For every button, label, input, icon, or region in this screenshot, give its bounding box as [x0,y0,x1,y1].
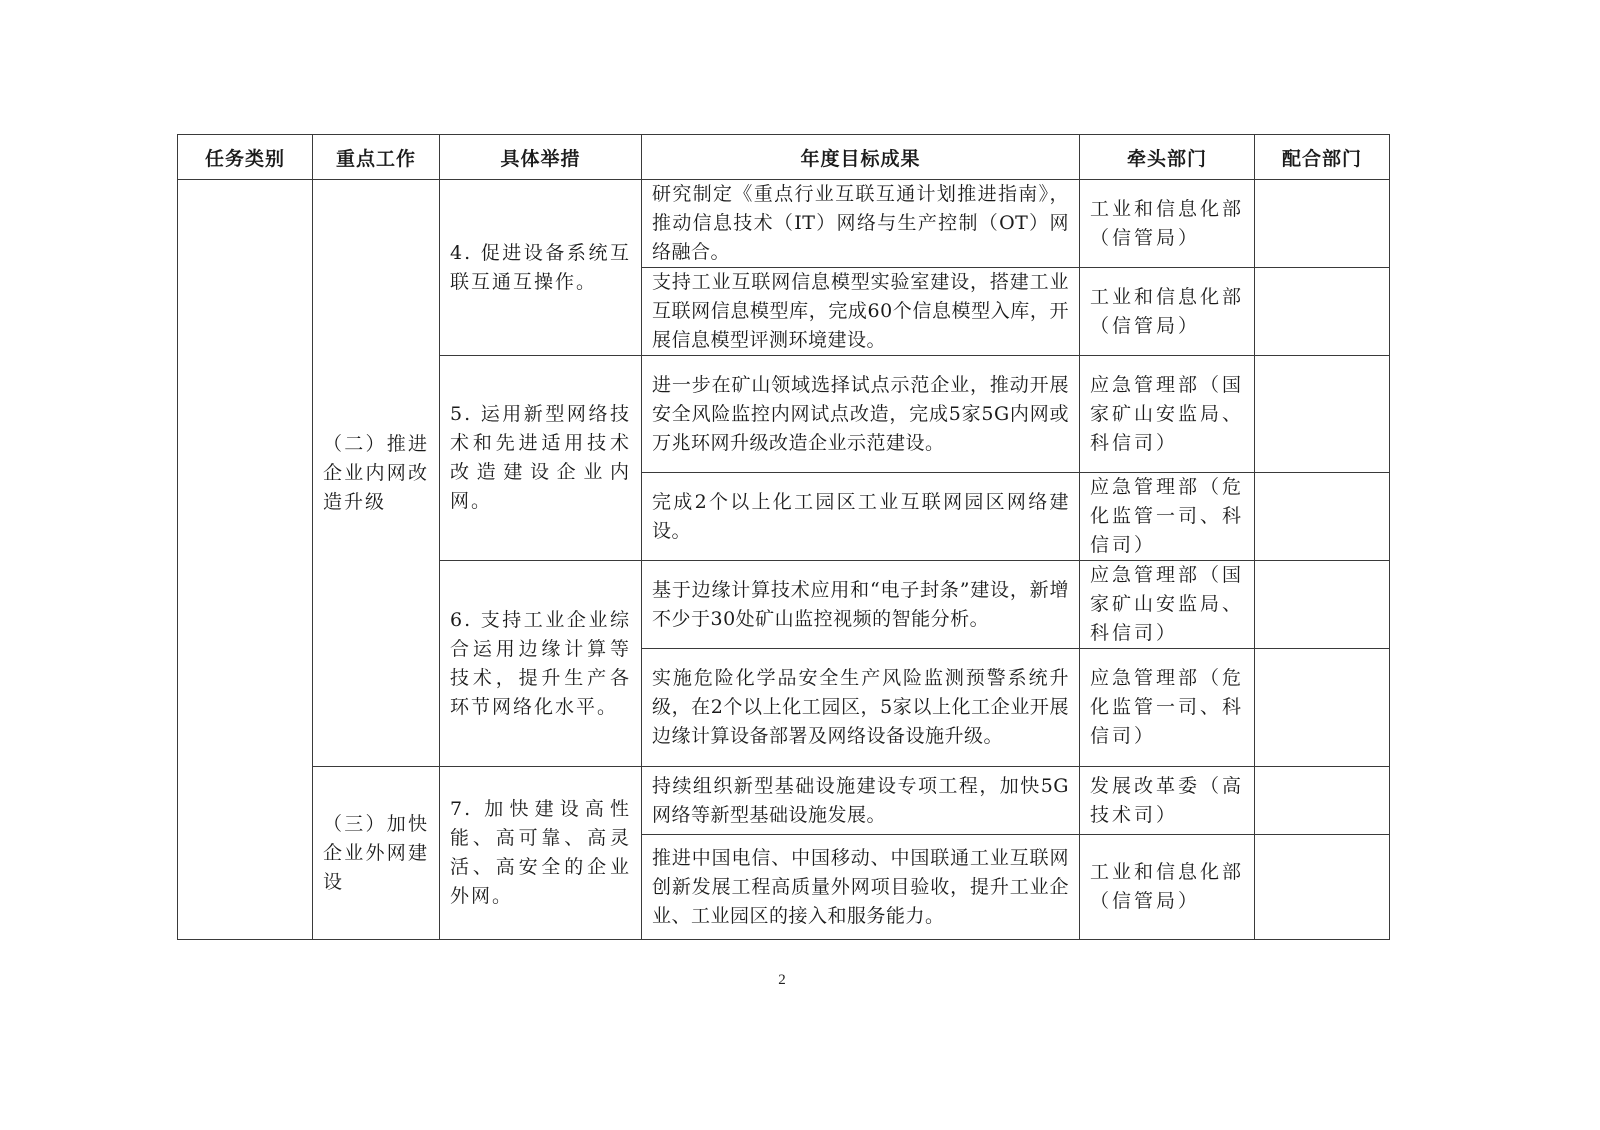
target-cell: 持续组织新型基础设施建设专项工程，加快5G网络等新型基础设施发展。 [642,767,1080,835]
cooperating-department-cell [1255,835,1390,940]
target-cell: 支持工业互联网信息模型实验室建设，搭建工业互联网信息模型库，完成60个信息模型入… [642,268,1080,356]
header-lead-department: 牵头部门 [1080,135,1255,180]
key-work-cell: （二）推进企业内网改造升级 [313,180,440,767]
key-work-cell: （三）加快企业外网建设 [313,767,440,940]
measure-cell: 7. 加快建设高性能、高可靠、高灵活、高安全的企业外网。 [440,767,642,940]
cooperating-department-cell [1255,473,1390,561]
target-cell: 实施危险化学品安全生产风险监测预警系统升级，在2个以上化工园区，5家以上化工企业… [642,649,1080,767]
cooperating-department-cell [1255,561,1390,649]
cooperating-department-cell [1255,180,1390,268]
lead-department-cell: 应急管理部（危化监管一司、科信司） [1080,473,1255,561]
lead-department-cell: 工业和信息化部（信管局） [1080,835,1255,940]
target-cell: 完成2个以上化工园区工业互联网园区网络建设。 [642,473,1080,561]
work-plan-table: 任务类别 重点工作 具体举措 年度目标成果 牵头部门 配合部门 （二）推进企业内… [177,134,1390,940]
task-category-cell [178,180,313,940]
header-task-category: 任务类别 [178,135,313,180]
lead-department-cell: 工业和信息化部（信管局） [1080,268,1255,356]
target-cell: 推进中国电信、中国移动、中国联通工业互联网创新发展工程高质量外网项目验收，提升工… [642,835,1080,940]
measure-cell: 5. 运用新型网络技术和先进适用技术改造建设企业内网。 [440,356,642,561]
lead-department-cell: 发展改革委（高技术司） [1080,767,1255,835]
table-header-row: 任务类别 重点工作 具体举措 年度目标成果 牵头部门 配合部门 [178,135,1390,180]
table-row: （三）加快企业外网建设 7. 加快建设高性能、高可靠、高灵活、高安全的企业外网。… [178,767,1390,835]
target-cell: 研究制定《重点行业互联互通计划推进指南》，推动信息技术（IT）网络与生产控制（O… [642,180,1080,268]
cooperating-department-cell [1255,767,1390,835]
lead-department-cell: 应急管理部（危化监管一司、科信司） [1080,649,1255,767]
page-number: 2 [0,972,1564,989]
header-cooperating-department: 配合部门 [1255,135,1390,180]
header-key-work: 重点工作 [313,135,440,180]
header-specific-measures: 具体举措 [440,135,642,180]
target-cell: 进一步在矿山领域选择试点示范企业，推动开展安全风险监控内网试点改造，完成5家5G… [642,356,1080,473]
measure-cell: 4. 促进设备系统互联互通互操作。 [440,180,642,356]
cooperating-department-cell [1255,268,1390,356]
header-annual-targets: 年度目标成果 [642,135,1080,180]
cooperating-department-cell [1255,649,1390,767]
table-row: （二）推进企业内网改造升级 4. 促进设备系统互联互通互操作。 研究制定《重点行… [178,180,1390,268]
measure-cell: 6. 支持工业企业综合运用边缘计算等技术，提升生产各环节网络化水平。 [440,561,642,767]
lead-department-cell: 应急管理部（国家矿山安监局、科信司） [1080,561,1255,649]
target-cell: 基于边缘计算技术应用和“电子封条”建设，新增不少于30处矿山监控视频的智能分析。 [642,561,1080,649]
lead-department-cell: 应急管理部（国家矿山安监局、科信司） [1080,356,1255,473]
lead-department-cell: 工业和信息化部（信管局） [1080,180,1255,268]
cooperating-department-cell [1255,356,1390,473]
